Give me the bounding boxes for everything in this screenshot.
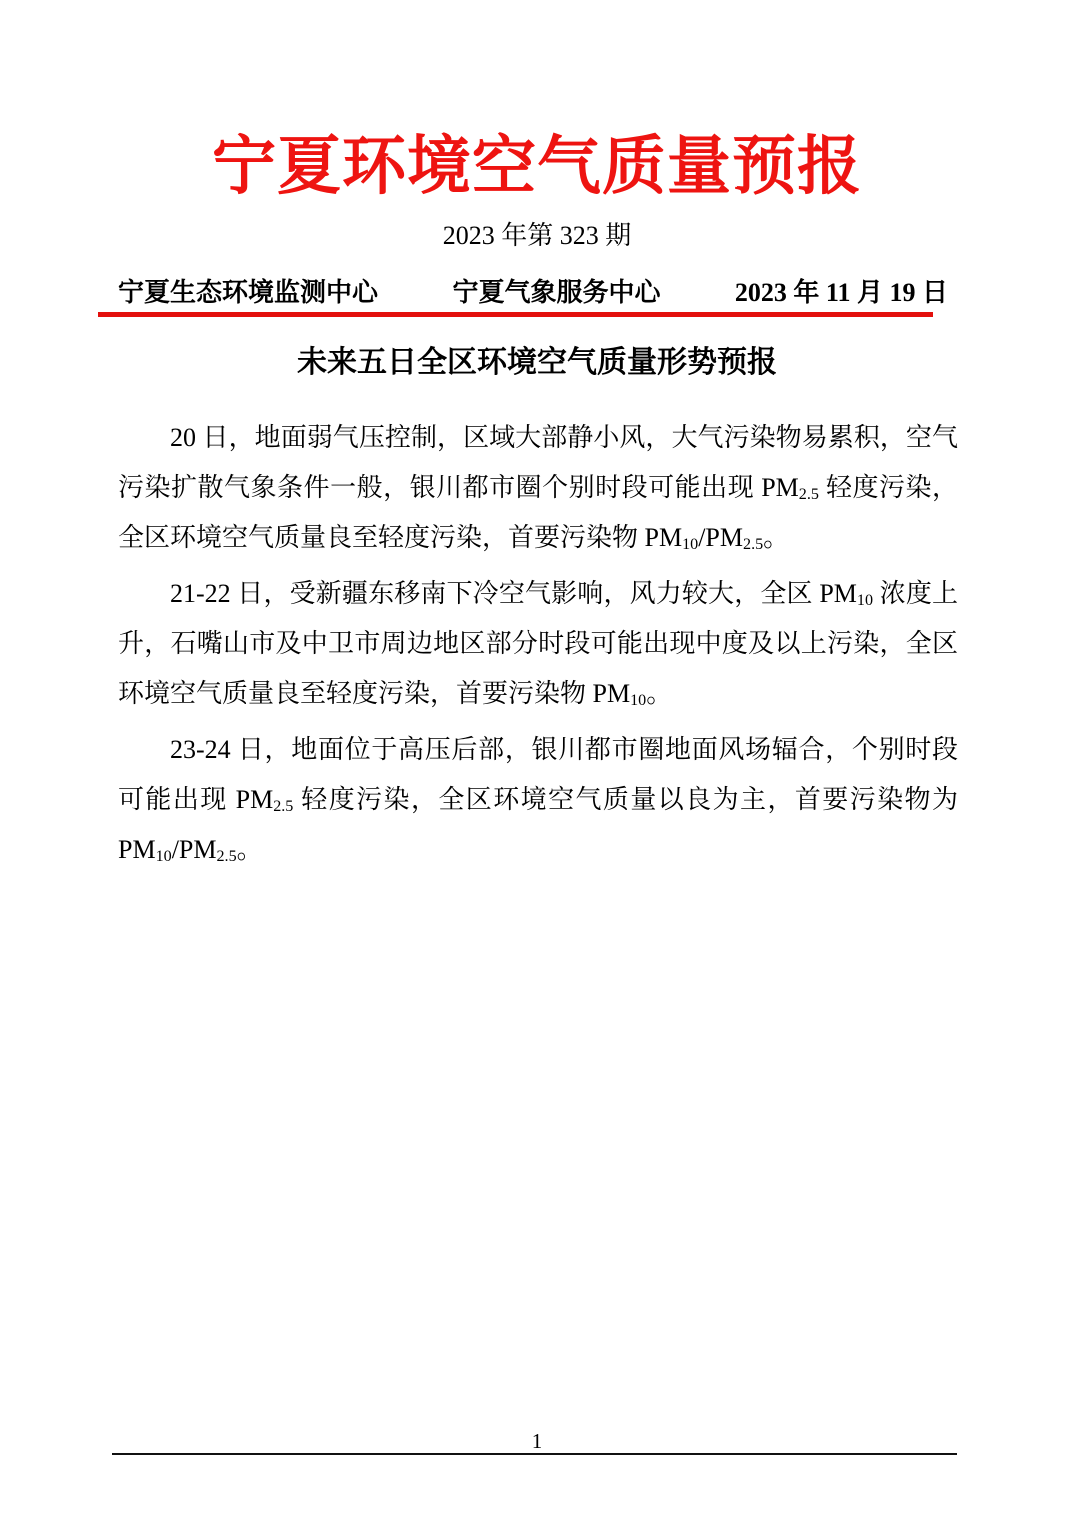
document-title: 宁夏环境空气质量预报 xyxy=(0,124,1074,210)
text-run: /PM xyxy=(172,835,217,864)
text-run: 。 xyxy=(237,835,263,864)
forecast-paragraph: 23-24 日，地面位于高压后部，银川都市圈地面风场辐合，个别时段可能出现 PM… xyxy=(118,725,958,875)
section-heading: 未来五日全区环境空气质量形势预报 xyxy=(0,344,1074,382)
pm-subscript: 2.5 xyxy=(743,536,763,553)
pm-subscript: 2.5 xyxy=(799,486,819,503)
text-run: 。 xyxy=(646,679,672,708)
issue-date: 2023 年 11 月 19 日 xyxy=(735,277,948,309)
pm-subscript: 10 xyxy=(682,536,698,553)
forecast-paragraphs: 20 日，地面弱气压控制，区域大部静小风，大气污染物易累积，空气污染扩散气象条件… xyxy=(118,413,958,881)
pm-subscript: 2.5 xyxy=(217,848,237,865)
red-divider-rule xyxy=(98,312,933,317)
pm-subscript: 2.5 xyxy=(273,798,293,815)
text-run: 21-22 日，受新疆东移南下冷空气影响，风力较大，全区 PM xyxy=(170,579,857,608)
footer-rule xyxy=(112,1453,957,1455)
org-row: 宁夏生态环境监测中心 宁夏气象服务中心 2023 年 11 月 19 日 xyxy=(118,277,948,309)
text-run: 。 xyxy=(763,523,789,552)
document-page: 宁夏环境空气质量预报 2023 年第 323 期 宁夏生态环境监测中心 宁夏气象… xyxy=(0,0,1074,1520)
forecast-paragraph: 20 日，地面弱气压控制，区域大部静小风，大气污染物易累积，空气污染扩散气象条件… xyxy=(118,413,958,563)
issue-number: 2023 年第 323 期 xyxy=(0,219,1074,253)
text-run: /PM xyxy=(698,523,743,552)
page-number: 1 xyxy=(0,1429,1074,1453)
forecast-paragraph: 21-22 日，受新疆东移南下冷空气影响，风力较大，全区 PM10 浓度上升，石… xyxy=(118,569,958,719)
pm-subscript: 10 xyxy=(630,692,646,709)
pm-subscript: 10 xyxy=(156,848,172,865)
org-monitoring-center: 宁夏生态环境监测中心 xyxy=(118,277,378,309)
org-meteorological-center: 宁夏气象服务中心 xyxy=(452,277,660,309)
pm-subscript: 10 xyxy=(857,592,873,609)
